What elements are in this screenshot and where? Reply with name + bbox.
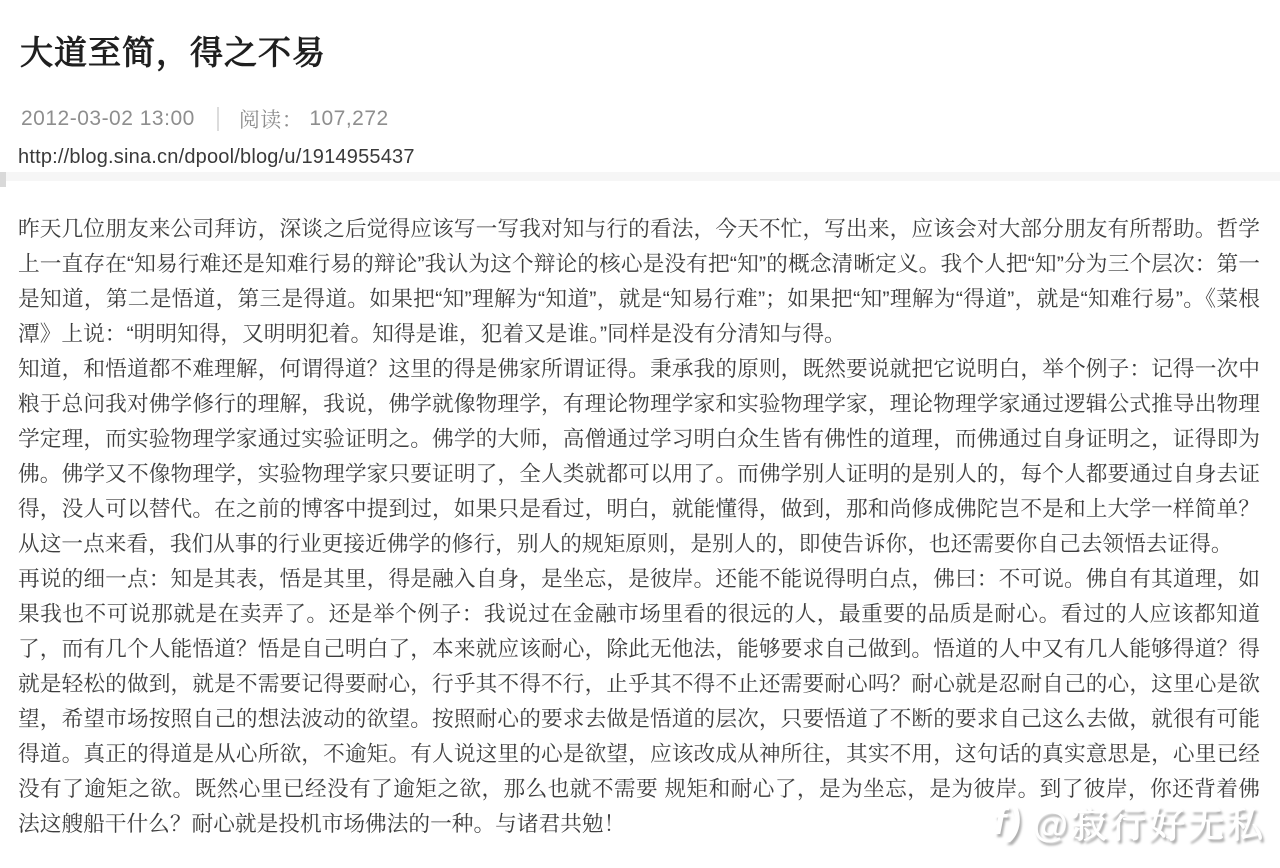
body-paragraph-2: 知道，和悟道都不难理解，何谓得道？这里的得是佛家所谓证得。秉承我的原则，既然要说… — [18, 351, 1260, 561]
body-paragraph-1: 昨天几位朋友来公司拜访，深谈之后觉得应该写一写我对知与行的看法，今天不忙，写出来… — [18, 211, 1260, 351]
source-url-link[interactable]: http://blog.sina.cn/dpool/blog/u/1914955… — [18, 146, 415, 169]
read-count-group: 阅读： 107,272 — [239, 104, 389, 134]
read-label: 阅读： — [239, 104, 304, 134]
divider-notch — [0, 172, 6, 187]
publish-date: 2012-03-02 13:00 — [21, 107, 195, 131]
weibo-logo-icon: f) — [994, 801, 1023, 844]
watermark: f) @寂行好无私 — [994, 797, 1266, 848]
meta-divider — [217, 107, 219, 131]
article-meta: 2012-03-02 13:00 阅读： 107,272 — [21, 104, 389, 134]
article-body: 昨天几位朋友来公司拜访，深谈之后觉得应该写一写我对知与行的看法，今天不忙，写出来… — [18, 211, 1260, 841]
divider-band — [0, 172, 1280, 181]
blog-article-page: 大道至简，得之不易 2012-03-02 13:00 阅读： 107,272 h… — [0, 0, 1280, 868]
read-count: 107,272 — [309, 107, 388, 131]
page-title: 大道至简，得之不易 — [20, 27, 326, 74]
watermark-handle: @寂行好无私 — [1033, 797, 1266, 848]
